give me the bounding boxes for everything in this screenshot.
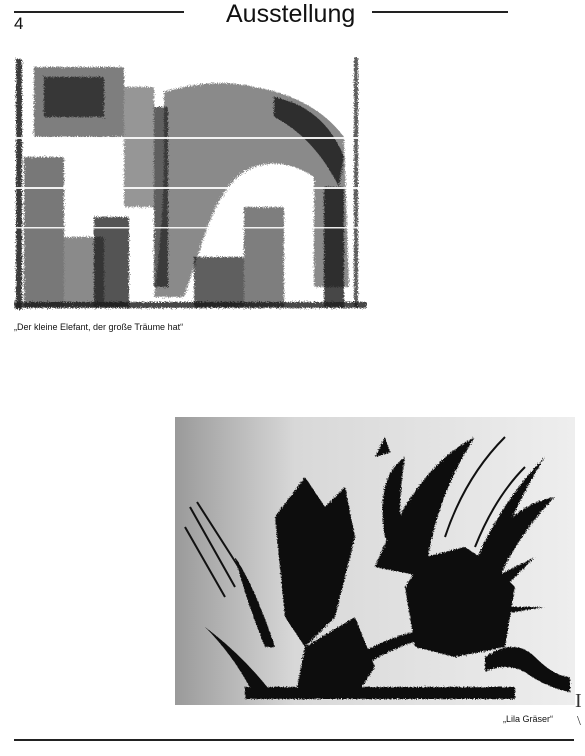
- artwork-elephant: [14, 57, 367, 312]
- section-title: Ausstellung: [226, 0, 355, 29]
- artwork-grasses: [175, 417, 575, 705]
- caption-grasses: „Lila Gräser“: [503, 714, 553, 724]
- grasses-painting-image: [175, 417, 575, 705]
- header-rule-left: [14, 11, 184, 13]
- elephant-painting-image: [14, 57, 367, 312]
- footer-rule: [14, 739, 574, 741]
- margin-mark: \: [577, 714, 581, 730]
- caption-elephant: „Der kleine Elefant, der große Träume ha…: [14, 322, 183, 332]
- header-rule-right: [372, 11, 508, 13]
- page-number: 4: [14, 14, 23, 34]
- margin-mark: I: [575, 690, 582, 713]
